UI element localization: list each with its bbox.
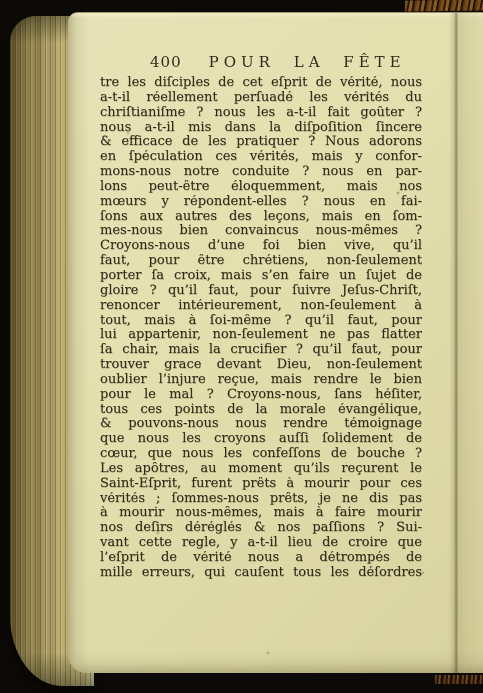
text-line: mœurs y répondent-elles ? nous en fai- [100, 195, 422, 210]
text-line: trouver grace devant Dieu, non-ſeulement [100, 358, 422, 373]
text-line: mons-nous notre conduite ? nous en par- [100, 165, 422, 180]
text-line: vérités ; ſommes-nous prêts, je ne dis p… [100, 492, 422, 507]
text-line: nous a-t-il mis dans la diſpoſition ſinc… [100, 121, 422, 136]
text-line: tous ces points de la morale évangélique… [100, 403, 422, 418]
page-content: 400 POUR LA FÊTE tre les diſciples de ce… [100, 53, 422, 581]
text-line: tre les diſciples de cet eſprit de vérit… [100, 76, 422, 91]
text-line: cœur, que nous les confeſſons de bouche … [100, 447, 422, 462]
text-line: ſons aux autres des leçons, mais en ſom- [100, 210, 422, 225]
headband-top-decoration [405, 0, 483, 12]
text-line: oublier l’injure reçue, mais rendre le b… [100, 373, 422, 388]
text-line: mille erreurs, qui cauſent tous les déſo… [100, 566, 422, 581]
text-line: gloire ? qu’il faut, pour ſuivre Jeſus-C… [100, 284, 422, 299]
text-line: chriſtianiſme ? nous les a-t-il fait goû… [100, 106, 422, 121]
book-page: 400 POUR LA FÊTE tre les diſciples de ce… [68, 12, 483, 673]
text-line: tout, mais à ſoi-même ? qu’il faut, pour [100, 314, 422, 329]
page-number: 400 [150, 53, 182, 71]
text-line: & pouvons-nous nous rendre témoignage [100, 417, 422, 432]
headband-bottom-decoration [435, 675, 483, 684]
text-line: Croyons-nous d’une foi bien vive, qu’il [100, 239, 422, 254]
body-text: tre les diſciples de cet eſprit de vérit… [100, 76, 422, 581]
text-line: vant cette regle, y a-t-il lieu de croir… [100, 536, 422, 551]
text-line: l’eſprit de vérité nous a détrompés de [100, 551, 422, 566]
text-line: faut, pour être chrétiens, non-ſeulement [100, 254, 422, 269]
text-line: ſa chair, mais la crucifier ? qu’il faut… [100, 343, 422, 358]
book-scan: 400 POUR LA FÊTE tre les diſciples de ce… [0, 0, 483, 693]
text-line: à mourir nous-mêmes, mais à faire mourir [100, 506, 422, 521]
text-line: lui appartenir, non-ſeulement ne pas fla… [100, 328, 422, 343]
page-header: 400 POUR LA FÊTE [100, 53, 422, 74]
text-line: en ſpéculation ces vérités, mais y confo… [100, 150, 422, 165]
text-line: Les apôtres, au moment qu’ils reçurent l… [100, 462, 422, 477]
running-title: POUR LA FÊTE [209, 53, 406, 71]
gutter-shading [461, 13, 483, 673]
gutter-crease [449, 13, 463, 673]
text-line: & efficace de les pratiquer ? Nous adoro… [100, 135, 422, 150]
text-line: pour le mal ? Croyons-nous, ſans héſiter… [100, 388, 422, 403]
text-line: lons peut-être éloquemment, mais nos [100, 180, 422, 195]
text-line: nos deſirs déréglés & nos paſſions ? Sui… [100, 521, 422, 536]
text-line: Saint-Eſprit, furent prêts à mourir pour… [100, 477, 422, 492]
text-line: a-t-il réellement perſuadé les vérités d… [100, 91, 422, 106]
text-line: porter ſa croix, mais s’en faire un ſuje… [100, 269, 422, 284]
text-line: mes-nous bien convaincus nous-mêmes ? [100, 224, 422, 239]
text-line: que nous les croyons auſſi ſolidement de [100, 432, 422, 447]
text-line: renoncer intérieurement, non-ſeulement à [100, 299, 422, 314]
